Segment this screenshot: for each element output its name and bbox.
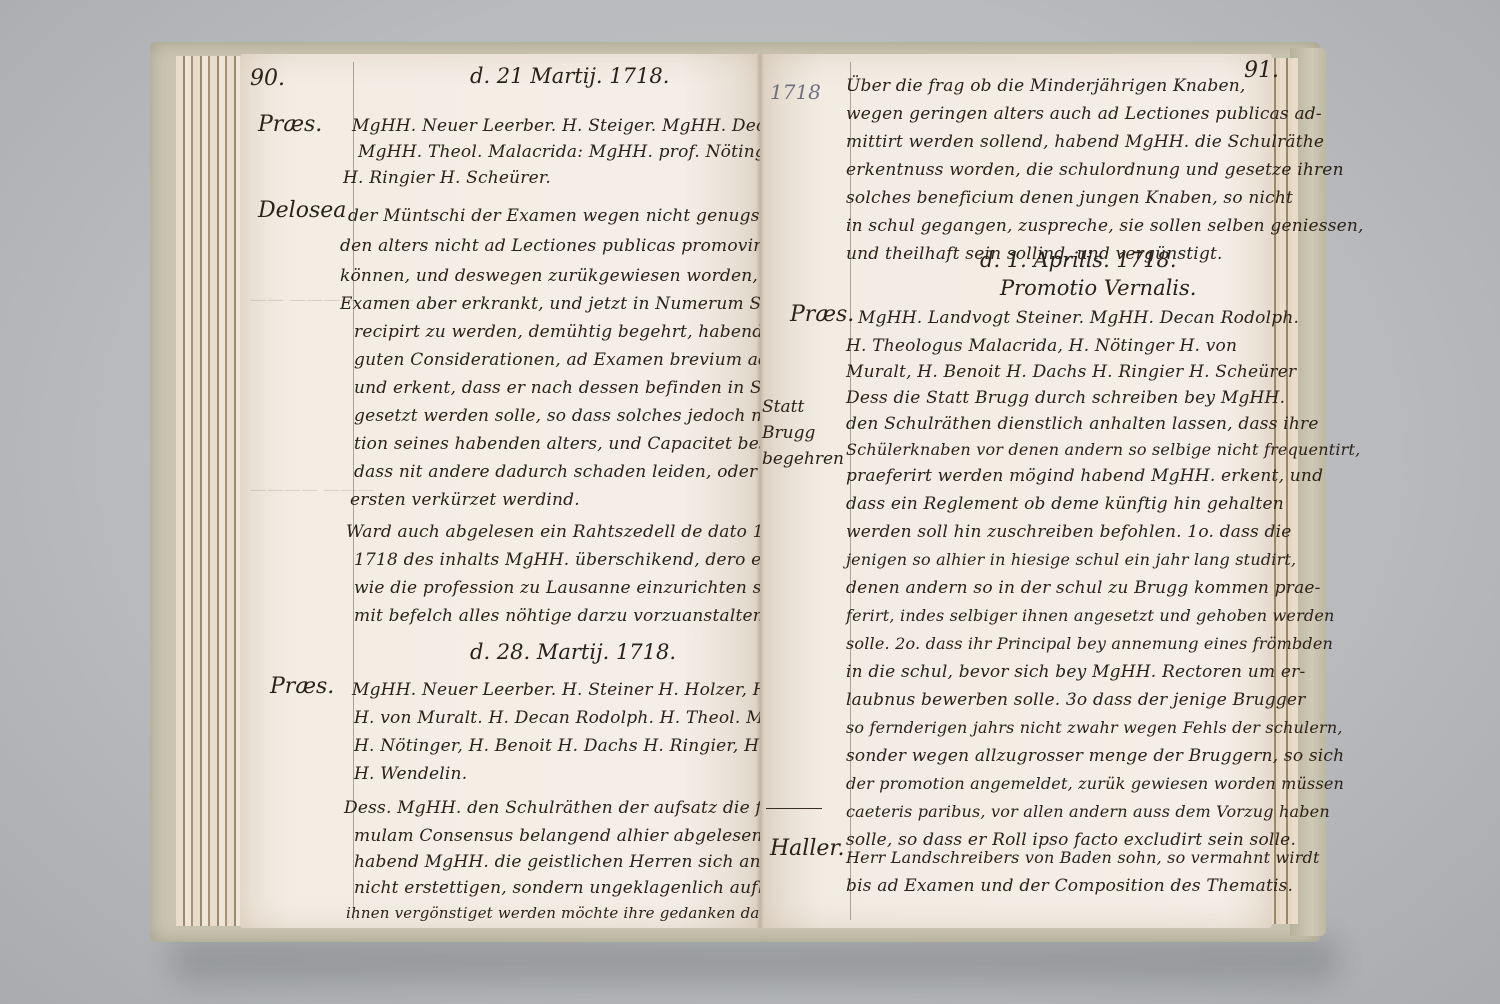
date-heading: d. 28. Martij. 1718.: [470, 640, 676, 664]
text-line: Muralt, H. Benoit H. Dachs H. Ringier H.…: [846, 362, 1296, 382]
sub-heading: Promotio Vernalis.: [1000, 276, 1196, 300]
text-line: solle, so dass er Roll ipso facto exclud…: [846, 830, 1296, 850]
text-line: ersten verkürzet werdind.: [350, 490, 580, 510]
text-line: den Schulräthen dienstlich anhalten lass…: [846, 414, 1319, 434]
book-shadow: [170, 935, 1340, 985]
text-line: Dess die Statt Brugg durch schreiben bey…: [846, 388, 1285, 408]
text-line: H. Wendelin.: [354, 764, 467, 784]
text-line: habend MgHH. die geistlichen Herren sich…: [354, 852, 814, 872]
text-line: MgHH. Landvogt Steiner. MgHH. Decan Rodo…: [858, 308, 1299, 328]
text-line: Schülerknaben vor denen andern so selbig…: [846, 440, 1360, 459]
margin-label: Præs.: [258, 112, 322, 137]
book-gutter: [756, 54, 764, 928]
margin-separator: [766, 808, 822, 809]
text-line: H. Theologus Malacrida, H. Nötinger H. v…: [846, 336, 1237, 356]
text-line: in die schul, bevor sich bey MgHH. Recto…: [846, 662, 1305, 682]
date-heading: d. 1. Aprilis. 1718.: [980, 248, 1177, 272]
text-line: wegen geringen alters auch ad Lectiones …: [846, 104, 1322, 124]
text-line: in schul gegangen, zuspreche, sie sollen…: [846, 216, 1364, 236]
text-line: erkentnuss worden, die schulordnung und …: [846, 160, 1344, 180]
margin-label: Delosea: [258, 198, 346, 223]
text-line: mit befelch alles nöhtige darzu vorzuans…: [354, 606, 770, 626]
margin-label: Statt Brugg begehren: [762, 394, 848, 472]
text-line: bis ad Examen und der Composition des Th…: [846, 876, 1293, 896]
text-line: H. Ringier H. Scheürer.: [343, 168, 551, 188]
page-number-left: 90.: [250, 66, 285, 91]
margin-label: Præs.: [790, 302, 854, 327]
text-line: dass ein Reglement ob deme künftig hin g…: [846, 494, 1284, 514]
left-page-stack: [176, 56, 244, 926]
text-line: der promotion angemeldet, zurük gewiesen…: [846, 774, 1344, 793]
text-line: solches beneficium denen jungen Knaben, …: [846, 188, 1293, 208]
text-line: Herr Landschreibers von Baden sohn, so v…: [846, 848, 1320, 867]
text-line: sonder wegen allzugrosser menge der Brug…: [846, 746, 1344, 766]
text-line: ferirt, indes selbiger ihnen angesetzt u…: [846, 606, 1335, 625]
text-line: jenigen so alhier in hiesige schul ein j…: [846, 550, 1296, 569]
text-line: Dess. MgHH. den Schulräthen der aufsatz …: [344, 798, 787, 818]
text-line: caeteris paribus, vor allen andern auss …: [846, 802, 1330, 821]
text-line: praeferirt werden mögind habend MgHH. er…: [846, 466, 1323, 486]
page-number-right: 91.: [1244, 58, 1279, 83]
text-line: der Müntschi der Examen wegen nicht genu…: [348, 206, 808, 226]
margin-label: Haller.: [770, 836, 845, 861]
text-line: so fernderigen jahrs nicht zwahr wegen F…: [846, 718, 1343, 737]
year-annotation: 1718: [770, 80, 821, 104]
date-heading: d. 21 Martij. 1718.: [470, 64, 669, 88]
text-line: ihnen vergönstiget werden möchte ihre ge…: [346, 904, 803, 922]
text-line: und erkent, dass er nach dessen befinden…: [354, 378, 811, 398]
text-line: laubnus bewerben solle. 3o dass der jeni…: [846, 690, 1306, 710]
text-line: mittirt werden sollend, habend MgHH. die…: [846, 132, 1324, 152]
text-line: Über die frag ob die Minderjährigen Knab…: [846, 76, 1245, 96]
margin-label: Præs.: [270, 674, 334, 699]
text-line: denen andern so in der schul zu Brugg ko…: [846, 578, 1321, 598]
text-line: wie die profession zu Lausanne einzurich…: [354, 578, 798, 598]
right-page: [760, 54, 1272, 928]
text-line: werden soll hin zuschreiben befohlen. 1o…: [846, 522, 1292, 542]
text-line: solle. 2o. dass ihr Principal bey annemu…: [846, 634, 1333, 653]
